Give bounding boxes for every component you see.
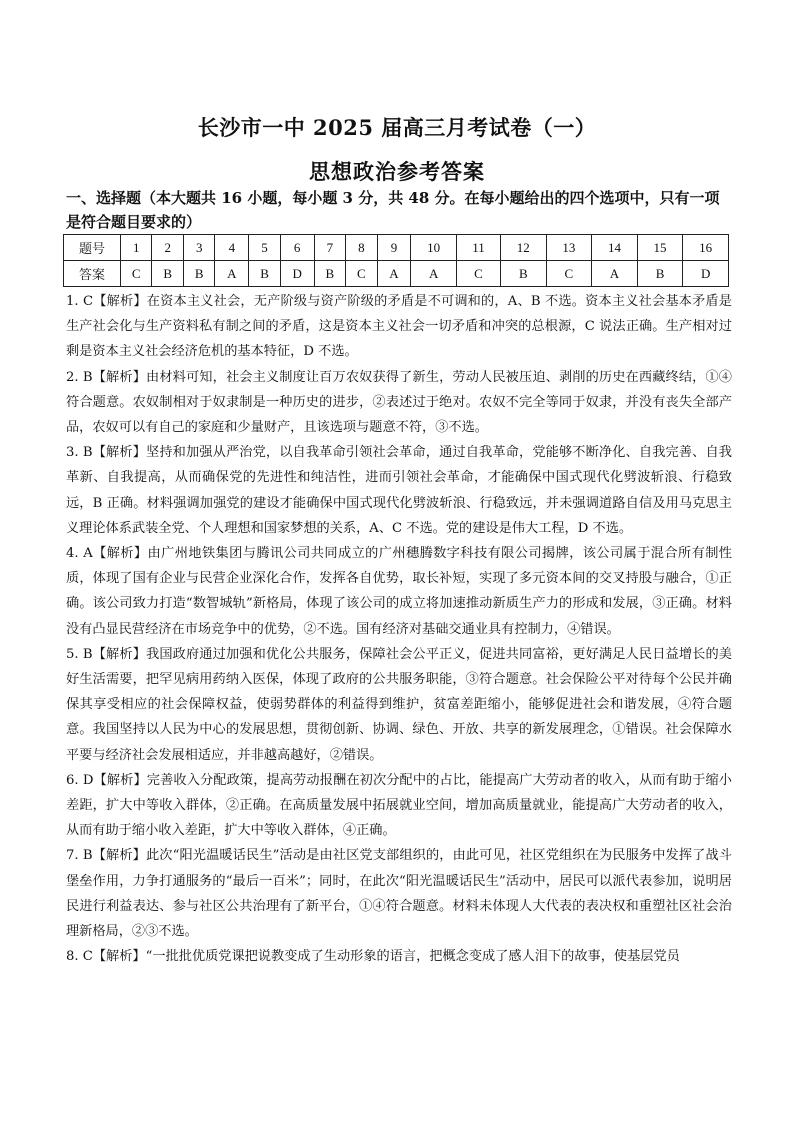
explanation-label: 6. D【解析】 xyxy=(66,773,147,788)
question-number: 3 xyxy=(183,235,214,261)
explanation-label: 2. B【解析】 xyxy=(66,370,146,385)
answer-cell: B xyxy=(183,261,214,287)
answer-cell: C xyxy=(121,261,152,287)
question-number: 13 xyxy=(546,235,592,261)
document-title: 长沙市一中 2025 届高三月考试卷（一） xyxy=(0,112,794,142)
answer-cell: D xyxy=(683,261,729,287)
explanation-8: 8. C【解析】“一批批优质党课把说教变成了生动形象的语言，把概念变成了感人泪下… xyxy=(66,944,732,969)
answer-cell: D xyxy=(280,261,314,287)
answer-cell: B xyxy=(152,261,183,287)
question-number: 9 xyxy=(377,235,411,261)
row-label: 题号 xyxy=(64,235,121,261)
question-number: 12 xyxy=(501,235,547,261)
question-number: 15 xyxy=(637,235,683,261)
question-number: 16 xyxy=(683,235,729,261)
question-number: 14 xyxy=(592,235,638,261)
answer-cell: A xyxy=(411,261,457,287)
document-page: 长沙市一中 2025 届高三月考试卷（一） 思想政治参考答案 一、选择题（本大题… xyxy=(0,0,794,1123)
explanation-label: 5. B【解析】 xyxy=(66,647,146,662)
question-number-row: 题号 1 2 3 4 5 6 7 8 9 10 11 12 13 14 15 1… xyxy=(64,235,729,261)
answer-cell: B xyxy=(249,261,280,287)
answer-cell: B xyxy=(314,261,345,287)
document-subtitle: 思想政治参考答案 xyxy=(0,156,794,186)
explanation-label: 1. C【解析】 xyxy=(66,294,147,309)
question-number: 2 xyxy=(152,235,183,261)
answer-row: 答案 C B B A B D B C A A C B C A B D xyxy=(64,261,729,287)
explanation-text: “一批批优质党课把说教变成了生动形象的语言，把概念变成了感人泪下的故事，使基层党… xyxy=(146,949,680,964)
explanation-text: 由材料可知，社会主义制度让百万农奴获得了新生，劳动人民被压迫、剥削的历史在西藏终… xyxy=(66,370,732,435)
explanation-label: 8. C【解析】 xyxy=(66,949,146,964)
question-number: 5 xyxy=(249,235,280,261)
explanation-text: 坚持和加强从严治党，以自我革命引领社会革命，通过自我革命，党能够不断净化、自我完… xyxy=(66,445,732,536)
explanation-text: 我国政府通过加强和优化公共服务，保障社会公平正义，促进共同富裕，更好满足人民日益… xyxy=(66,647,732,763)
question-number: 11 xyxy=(456,235,500,261)
section-heading: 一、选择题（本大题共 16 小题，每小题 3 分，共 48 分。在每小题给出的四… xyxy=(66,186,734,234)
answer-cell: B xyxy=(501,261,547,287)
question-number: 4 xyxy=(215,235,249,261)
answer-cell: C xyxy=(546,261,592,287)
explanation-6: 6. D【解析】完善收入分配政策，提高劳动报酬在初次分配中的占比，能提高广大劳动… xyxy=(66,768,732,844)
explanation-text: 完善收入分配政策，提高劳动报酬在初次分配中的占比，能提高广大劳动者的收入，从而有… xyxy=(66,773,732,838)
explanation-text: 在资本主义社会，无产阶级与资产阶级的矛盾是不可调和的，A、B 不选。资本主义社会… xyxy=(66,294,732,359)
explanation-4: 4. A【解析】由广州地铁集团与腾讯公司共同成立的广州穗腾数字科技有限公司揭牌，… xyxy=(66,541,732,642)
explanation-2: 2. B【解析】由材料可知，社会主义制度让百万农奴获得了新生，劳动人民被压迫、剥… xyxy=(66,365,732,441)
explanation-text: 由广州地铁集团与腾讯公司共同成立的广州穗腾数字科技有限公司揭牌，该公司属于混合所… xyxy=(66,546,732,637)
answer-cell: C xyxy=(346,261,377,287)
answer-cell: A xyxy=(592,261,638,287)
explanations: 1. C【解析】在资本主义社会，无产阶级与资产阶级的矛盾是不可调和的，A、B 不… xyxy=(66,289,732,969)
explanation-label: 4. A【解析】 xyxy=(66,546,148,561)
explanation-text: 此次“阳光温暖话民生”活动是由社区党支部组织的，由此可见，社区党组织在为民服务中… xyxy=(66,848,732,939)
explanation-label: 3. B【解析】 xyxy=(66,445,146,460)
question-number: 8 xyxy=(346,235,377,261)
explanation-5: 5. B【解析】我国政府通过加强和优化公共服务，保障社会公平正义，促进共同富裕，… xyxy=(66,642,732,768)
explanation-1: 1. C【解析】在资本主义社会，无产阶级与资产阶级的矛盾是不可调和的，A、B 不… xyxy=(66,289,732,365)
answer-cell: B xyxy=(637,261,683,287)
question-number: 6 xyxy=(280,235,314,261)
question-number: 7 xyxy=(314,235,345,261)
explanation-3: 3. B【解析】坚持和加强从严治党，以自我革命引领社会革命，通过自我革命，党能够… xyxy=(66,440,732,541)
explanation-7: 7. B【解析】此次“阳光温暖话民生”活动是由社区党支部组织的，由此可见，社区党… xyxy=(66,843,732,944)
row-label: 答案 xyxy=(64,261,121,287)
answer-table: 题号 1 2 3 4 5 6 7 8 9 10 11 12 13 14 15 1… xyxy=(63,234,729,287)
question-number: 10 xyxy=(411,235,457,261)
answer-cell: A xyxy=(377,261,411,287)
answer-cell: C xyxy=(456,261,500,287)
question-number: 1 xyxy=(121,235,152,261)
answer-cell: A xyxy=(215,261,249,287)
explanation-label: 7. B【解析】 xyxy=(66,848,146,863)
